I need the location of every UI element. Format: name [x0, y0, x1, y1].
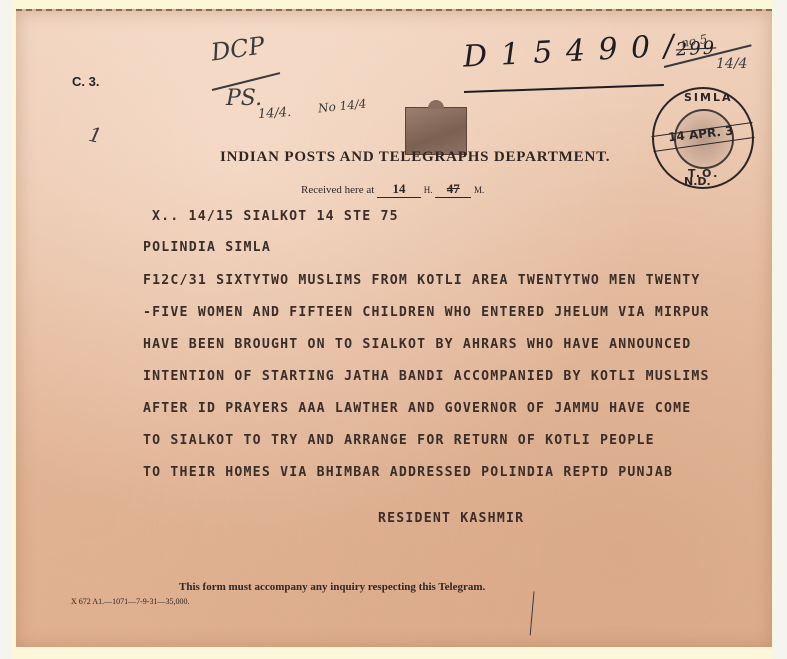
telegram-header-line: X.. 14/15 SIALKOT 14 STE 75	[152, 209, 399, 224]
postmark-sub: N.D.	[684, 175, 711, 188]
body-line: F12C/31 SIXTYTWO MUSLIMS FROM KOTLI AREA…	[143, 273, 710, 305]
postmark-city: SIMLA	[684, 91, 732, 104]
telegram-form: C. 3. DCP PS. 14/4. No 14/4 1 D 1 5 4 9 …	[16, 9, 772, 647]
received-minutes-unit: M.	[474, 185, 484, 195]
royal-emblem-icon	[405, 107, 467, 155]
handwritten-initials: DCP	[209, 31, 266, 66]
handwritten-margin-mark: 1	[87, 122, 104, 148]
handwritten-date-right: 14/4	[716, 56, 747, 72]
body-line: TO SIALKOT TO TRY AND ARRANGE FOR RETURN…	[143, 433, 710, 465]
department-heading: INDIAN POSTS AND TELEGRAPHS DEPARTMENT.	[220, 149, 610, 166]
telegram-body: F12C/31 SIXTYTWO MUSLIMS FROM KOTLI AREA…	[143, 273, 710, 497]
body-line: AFTER ID PRAYERS AAA LAWTHER AND GOVERNO…	[143, 401, 710, 433]
received-hours: 14	[377, 181, 421, 198]
handwritten-note-left: No 14/4	[317, 97, 367, 116]
telegram-signature: RESIDENT KASHMIR	[378, 511, 524, 526]
received-hours-unit: H.	[424, 185, 433, 195]
file-number-main: D 1 5 4 9 0 /	[462, 29, 676, 75]
postmark-stamp: SIMLA 14 APR. 3 T.O.	[652, 87, 754, 189]
telegram-address: POLINDIA SIMLA	[143, 240, 271, 255]
footer-notice: This form must accompany any inquiry res…	[179, 581, 485, 593]
printer-code: X 672 A1.—1071—7-9-31—35,000.	[71, 597, 189, 606]
body-line: HAVE BEEN BROUGHT ON TO SIALKOT BY AHRAR…	[143, 337, 710, 369]
body-line: -FIVE WOMEN AND FIFTEEN CHILDREN WHO ENT…	[143, 305, 710, 337]
handwritten-file-number: D 1 5 4 9 0 /299	[462, 26, 717, 74]
body-line: INTENTION OF STARTING JATHA BANDI ACCOMP…	[143, 369, 710, 401]
file-number-underline	[464, 84, 664, 92]
body-line: TO THEIR HOMES VIA BHIMBAR ADDRESSED POL…	[143, 465, 710, 497]
handwritten-date-left: 14/4.	[258, 105, 292, 122]
received-minutes: 47	[435, 181, 471, 198]
received-label: Received here at	[301, 184, 374, 196]
pencil-stroke	[530, 591, 535, 635]
received-row: Received here at 14 H. 47 M.	[301, 181, 484, 198]
form-code: C. 3.	[72, 74, 99, 89]
